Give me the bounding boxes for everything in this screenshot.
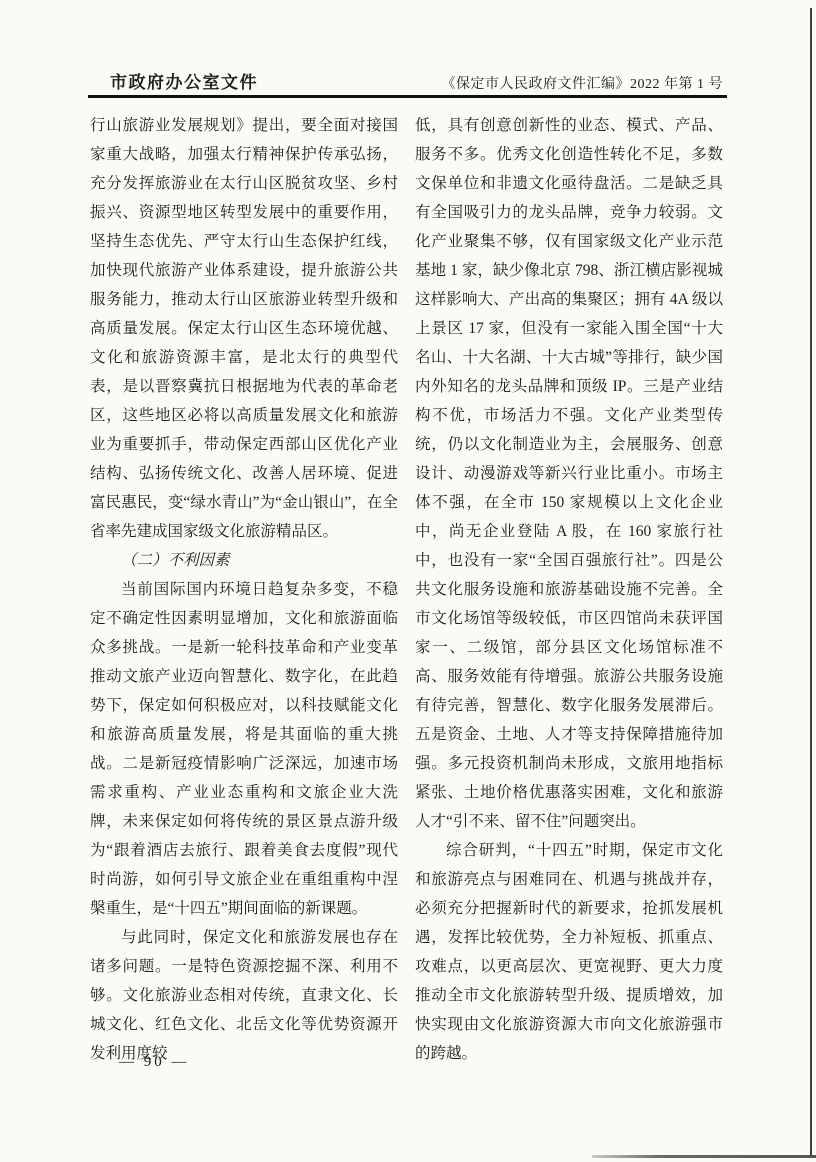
header-left-title: 市政府办公室文件: [110, 68, 258, 93]
page-header: 市政府办公室文件 《保定市人民政府文件汇编》2022 年第 1 号: [110, 68, 723, 93]
section-heading: （二）不利因素: [90, 546, 398, 575]
page-number: — 90 —: [119, 1054, 190, 1071]
left-column: 行山旅游业发展规划》提出，要全面对接国家重大战略，加强太行精神保护传承弘扬，充分…: [90, 111, 398, 1068]
paragraph-conclusion: 综合研判，“十四五”时期，保定市文化和旅游亮点与困难同在、机遇与挑战并存，必须充…: [415, 836, 723, 1068]
document-page: 市政府办公室文件 《保定市人民政府文件汇编》2022 年第 1 号 行山旅游业发…: [0, 0, 816, 1162]
right-column: 低，具有创意创新性的业态、模式、产品、服务不多。优秀文化创造性转化不足，多数文保…: [415, 111, 723, 1068]
paragraph-continuation-left: 行山旅游业发展规划》提出，要全面对接国家重大战略，加强太行精神保护传承弘扬，充分…: [90, 111, 398, 546]
header-right-title: 《保定市人民政府文件汇编》2022 年第 1 号: [442, 73, 724, 93]
paragraph-problems: 与此同时，保定文化和旅游发展也存在诸多问题。一是特色资源挖掘不深、利用不够。文化…: [90, 923, 398, 1068]
scan-edge-horizontal-line: [592, 1155, 816, 1158]
header-rule: [88, 95, 727, 98]
paragraph-continuation-right: 低，具有创意创新性的业态、模式、产品、服务不多。优秀文化创造性转化不足，多数文保…: [415, 111, 723, 836]
paragraph-challenges: 当前国际国内环境日趋复杂多变，不稳定不确定性因素明显增加，文化和旅游面临众多挑战…: [90, 575, 398, 923]
body-columns: 行山旅游业发展规划》提出，要全面对接国家重大战略，加强太行精神保护传承弘扬，充分…: [90, 111, 723, 1068]
scan-edge-vertical-line: [810, 8, 812, 1156]
